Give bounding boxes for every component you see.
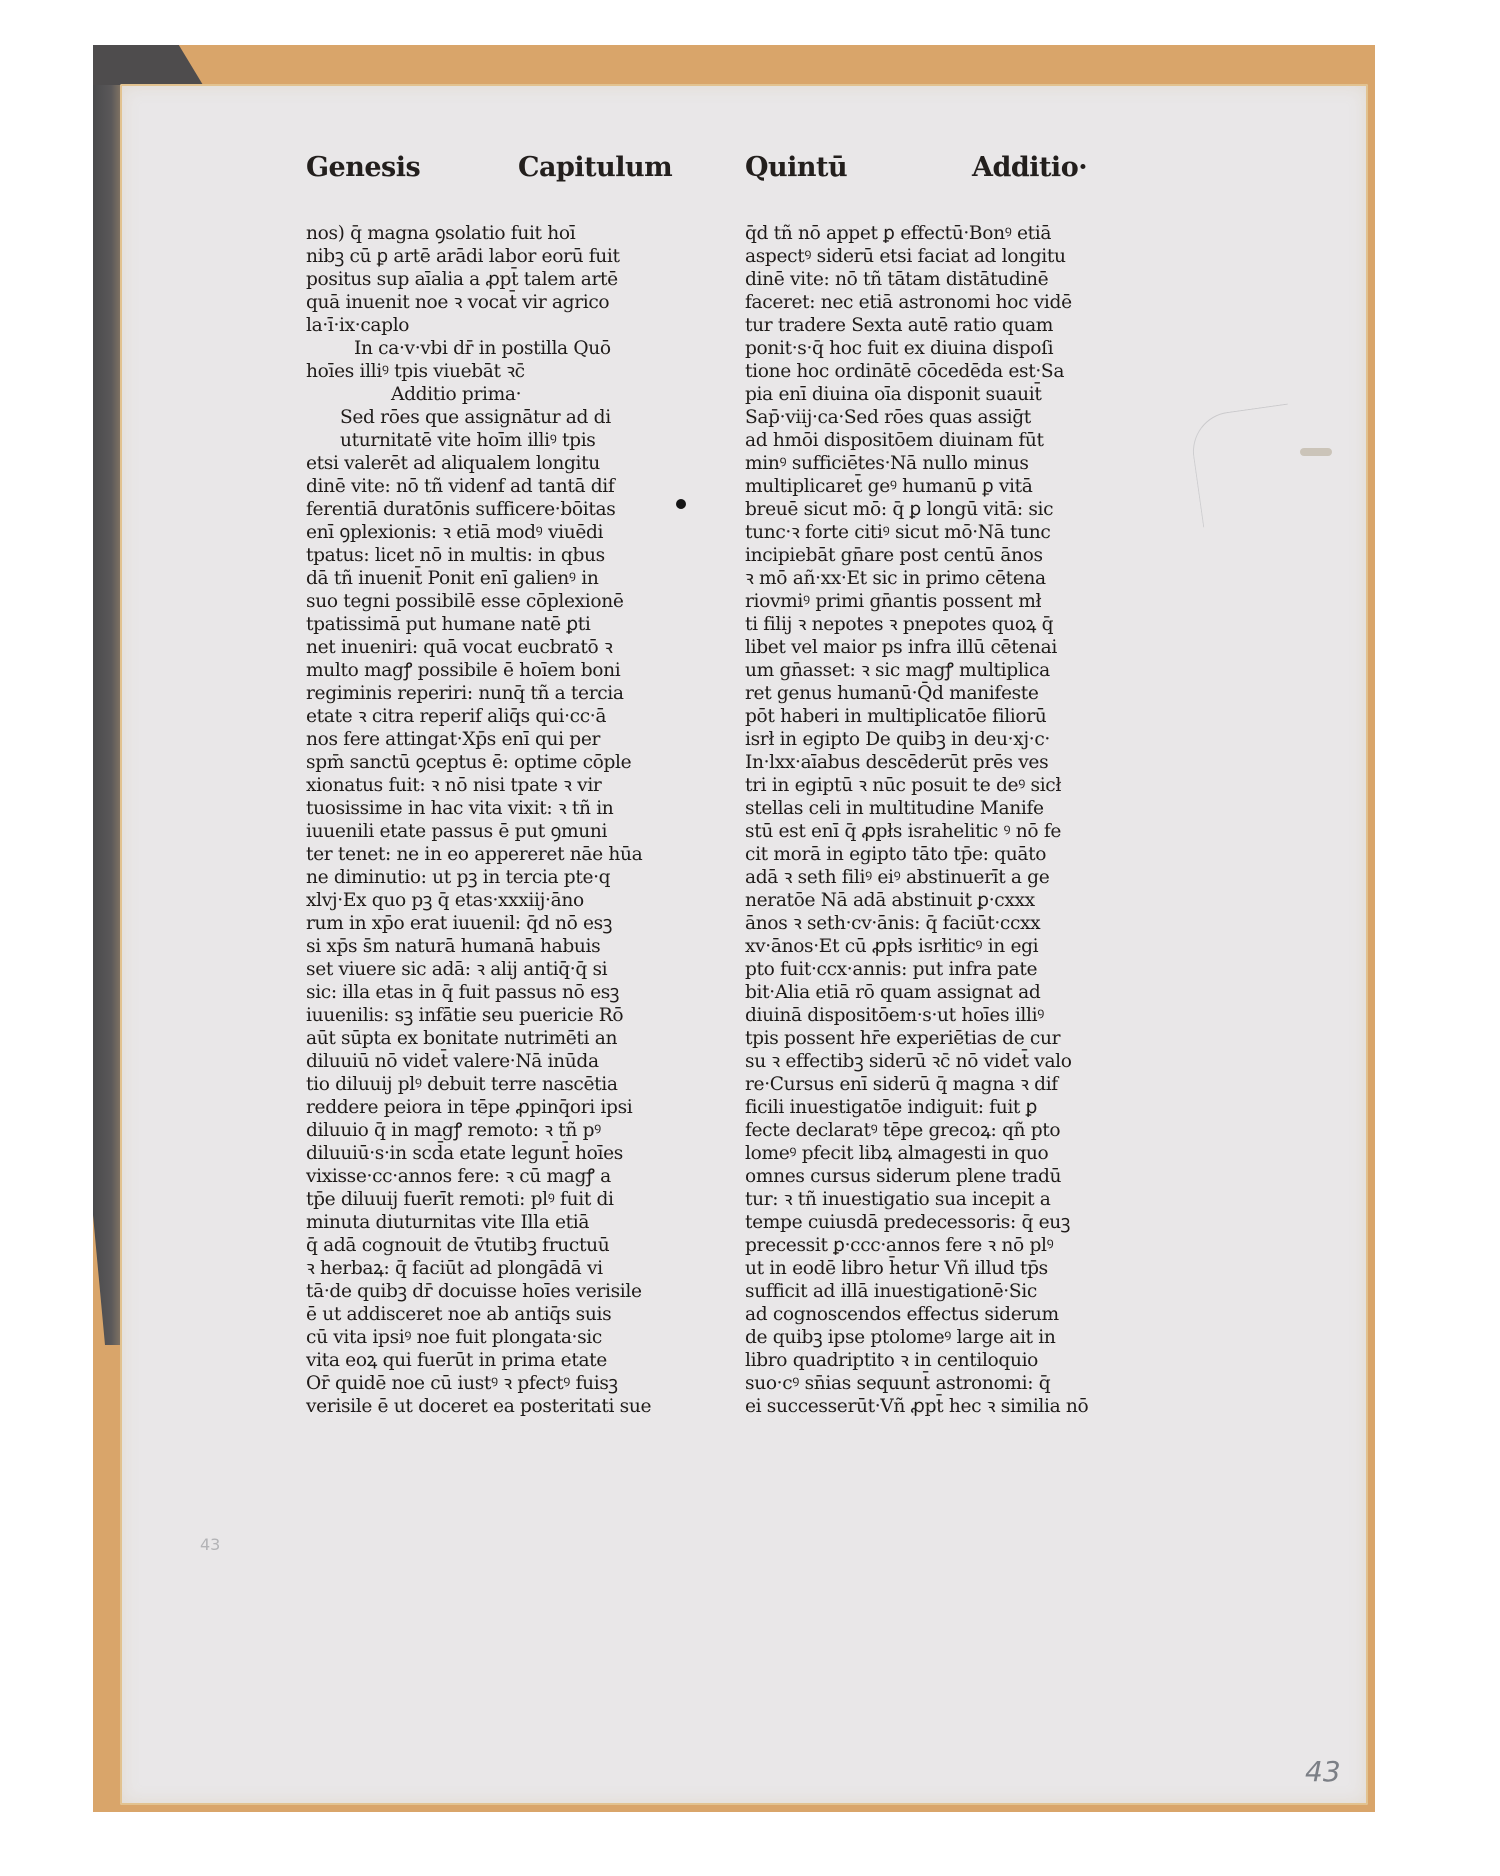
paper-stain bbox=[1300, 448, 1332, 456]
pencil-note: 43 bbox=[200, 1535, 220, 1554]
text-line: libro quadriptito ꝛ in centiloquio bbox=[745, 1349, 1095, 1372]
text-line: tp̄e diluuij fuerīt remoti: plꝰ fuit di bbox=[306, 1188, 666, 1211]
text-line: ferentiā duratōnis sufficere·bōitas bbox=[306, 498, 666, 521]
text-line: tpatissimā put humane natē ꝑti bbox=[306, 613, 666, 636]
text-line: ter tenet: ne in eo appereret nāe hūa bbox=[306, 843, 666, 866]
running-head-book: Genesis bbox=[306, 152, 420, 183]
text-line: tuosissime in hac vita vixit: ꝛ tñ in bbox=[306, 797, 666, 820]
text-line: faceret: nec etiā astronomi hoc vidē bbox=[745, 291, 1095, 314]
text-line: ficili inuestigatōe indiguit: fuit ꝑ bbox=[745, 1096, 1095, 1119]
text-line: q̄ adā cognouit de v̄tutibꝫ fructuū bbox=[306, 1234, 666, 1257]
text-line: suo·cꝰ sn̄ias sequunt̄ astronomi: q̄ bbox=[745, 1372, 1095, 1395]
text-line: ad cognoscendos effectus siderum bbox=[745, 1303, 1095, 1326]
text-line: omnes cursus siderum plene tradū bbox=[745, 1165, 1095, 1188]
text-line: quā inuenit noe ꝛ vocat̄ vir agrico bbox=[306, 291, 666, 314]
text-line: dinē vite: nō tñ videnf ad tantā dif bbox=[306, 475, 666, 498]
text-line: Sap̄·viij·ca·Sed rōes quas assiḡt bbox=[745, 406, 1095, 429]
text-line: xionatus fuit: ꝛ nō nisi tpate ꝛ vir bbox=[306, 774, 666, 797]
running-head-chapter-word: Capitulum bbox=[518, 152, 672, 183]
text-line: precessit ꝑ·ccc·annos fere ꝛ nō plꝰ bbox=[745, 1234, 1095, 1257]
text-line: In·lxx·aīabus descēderūt prēs ves bbox=[745, 751, 1095, 774]
text-line: tpatus: licet nō in multis: in qbus bbox=[306, 544, 666, 567]
text-line: tempe cuiusdā predecessoris: q̄ euꝫ bbox=[745, 1211, 1095, 1234]
text-line: um gn̄asset: ꝛ sic magꝭ multiplica bbox=[745, 659, 1095, 682]
text-line: minuta diuturnitas vite Illa etiā bbox=[306, 1211, 666, 1234]
text-line: Additio prima· bbox=[306, 383, 666, 406]
text-line: re·Cursus enī siderū q̄ magna ꝛ dif bbox=[745, 1073, 1095, 1096]
text-line: ne diminutio: ut pꝫ in tercia pte·q bbox=[306, 866, 666, 889]
text-line: lomeꝰ pfecit libꝝ almagesti in quo bbox=[745, 1142, 1095, 1165]
text-line: ei successerūt·Vñ ꝓpt̄ hec ꝛ similia nō bbox=[745, 1395, 1095, 1418]
binding-tape bbox=[93, 45, 123, 1345]
text-line: tur tradere Sexta autē ratio quam bbox=[745, 314, 1095, 337]
text-line: stū est enī q̄ ꝓpłs israhelitic ꝰ nō fe bbox=[745, 820, 1095, 843]
text-line: iuuenilis: sꝫ infātie seu puericie Rō bbox=[306, 1004, 666, 1027]
text-line: riovmiꝰ primi gn̄antis possent mł bbox=[745, 590, 1095, 613]
text-line: vita eoꝝ qui fuerūt in prima etate bbox=[306, 1349, 666, 1372]
text-line: bit·Alia etiā rō quam assignat ad bbox=[745, 981, 1095, 1004]
text-line: diluuiū nō videt̄ valere·Nā inūda bbox=[306, 1050, 666, 1073]
text-line: ponit·s·q̄ hoc fuit ex diuina dispoſi bbox=[745, 337, 1095, 360]
text-line: fecte declaratꝰ tēpe grecoꝝ: qñ pto bbox=[745, 1119, 1095, 1142]
text-line: tio diluuij plꝰ debuit terre nascētia bbox=[306, 1073, 666, 1096]
text-line: su ꝛ effectibꝫ siderū ꝛc̄ nō videt̄ valo bbox=[745, 1050, 1095, 1073]
text-line: iuuenili etate passus ē put ꝯmuni bbox=[306, 820, 666, 843]
text-line: Or̄ quidē noe cū iustꝰ ꝛ pfectꝰ fuisꝫ bbox=[306, 1372, 666, 1395]
text-line: suo tegni possibilē esse cōplexionē bbox=[306, 590, 666, 613]
text-line: stellas celi in multitudine Manife bbox=[745, 797, 1095, 820]
paper-crease bbox=[1188, 404, 1303, 528]
text-line: multo magꝭ possibile ē hoīem boni bbox=[306, 659, 666, 682]
text-line: xlvj·Ex quo pꝫ q̄ etas·xxxiij·āno bbox=[306, 889, 666, 912]
text-line: la·ī·ix·caplo bbox=[306, 314, 666, 337]
text-line: ti filij ꝛ nepotes ꝛ pnepotes quoꝝ q̄ bbox=[745, 613, 1095, 636]
text-line: nos) q̄ magna ꝯsolatio fuit hoī bbox=[306, 222, 666, 245]
text-line: dā tñ inuenit̄ Ponit enī galienꝰ in bbox=[306, 567, 666, 590]
text-line: net inueniri: quā vocat eucbratō ꝛ bbox=[306, 636, 666, 659]
text-line: incipiebāt gn̄are post centū ānos bbox=[745, 544, 1095, 567]
text-line: aūt sūpta ex bonitate nutrimēti an bbox=[306, 1027, 666, 1050]
text-line: reddere peiora in tēpe ꝓpinq̄ori ipsi bbox=[306, 1096, 666, 1119]
text-line: diluuio q̄ in magꝭ remoto: ꝛ tñ pꝰ bbox=[306, 1119, 666, 1142]
pencil-folio-number: 43 bbox=[1305, 1755, 1341, 1788]
text-line: diluuiū·s·in scd̄a etate legunt̄ hoīes bbox=[306, 1142, 666, 1165]
text-line: breuē sicut mō: q̄ ꝑ longū vitā: sic bbox=[745, 498, 1095, 521]
text-line: ad hmōi dispositōem diuinam fūt bbox=[745, 429, 1095, 452]
text-line: ut in eodē libro h̄etur Vñ illud tp̄s bbox=[745, 1257, 1095, 1280]
running-head-section: Additio· bbox=[972, 152, 1087, 183]
text-line: tpis possent hr̄e experiētias de cur bbox=[745, 1027, 1095, 1050]
text-line: pia enī diuina oīa disponit suauit̄ bbox=[745, 383, 1095, 406]
text-line: sic: illa etas in q̄ fuit passus nō esꝫ bbox=[306, 981, 666, 1004]
text-line: ꝛ herbaꝝ: q̄ faciūt ad plongādā vi bbox=[306, 1257, 666, 1280]
text-line: dinē vite: nō tñ tātam distātudinē bbox=[745, 268, 1095, 291]
text-line: Sed rōes que assignātur ad di bbox=[306, 406, 666, 429]
text-line: set viuere sic adā: ꝛ alij antiq̄·q̄ si bbox=[306, 958, 666, 981]
text-line: verisile ē ut doceret ea posteritati sue bbox=[306, 1395, 666, 1418]
text-line: positus sup aīalia a ꝓpt̄ talem artē bbox=[306, 268, 666, 291]
text-line: etsi valerēt ad aliqualem longitu bbox=[306, 452, 666, 475]
text-line: cū vita ipsiꝰ noe fuit plongata·sic bbox=[306, 1326, 666, 1349]
text-line: spm̄ sanctū ꝯceptus ē: optime cōple bbox=[306, 751, 666, 774]
running-head: Genesis Capitulum Quintū Additio· bbox=[0, 152, 1500, 192]
text-line: q̄d tñ nō appet ꝑ effectū·Bonꝰ etiā bbox=[745, 222, 1095, 245]
text-line: ānos ꝛ seth·cv·ānis: q̄ faciūt·ccxx bbox=[745, 912, 1095, 935]
text-line: multiplicaret̄ geꝰ humanū ꝑ vitā bbox=[745, 475, 1095, 498]
text-line: nibꝫ cū ꝑ artē arādi labor eorū fuit bbox=[306, 245, 666, 268]
text-line: etate ꝛ citra reperif aliq̄s qui·cc·ā bbox=[306, 705, 666, 728]
text-line: tione hoc ordinātē cōcedēda est·Sa bbox=[745, 360, 1095, 383]
text-line: nos fere attingat·Xp̄s enī qui per bbox=[306, 728, 666, 751]
running-head-chapter-number: Quintū bbox=[745, 152, 847, 183]
text-line: ret genus humanū·Q̄d manifeste bbox=[745, 682, 1095, 705]
text-line: rum in xp̄o erat iuuenil: q̄d nō esꝫ bbox=[306, 912, 666, 935]
left-text-column: nos) q̄ magna ꝯsolatio fuit hoīnibꝫ cū ꝑ… bbox=[306, 222, 666, 1418]
text-line: aspectꝰ siderū etsi faciat ad longitu bbox=[745, 245, 1095, 268]
text-line: xv·ānos·Et cū ꝓpłs isrłiticꝰ in egi bbox=[745, 935, 1095, 958]
text-line: diuinā dispositōem·s·ut hoīes illiꝰ bbox=[745, 1004, 1095, 1027]
text-line: neratōe Nā adā abstinuit ꝑ·cxxx bbox=[745, 889, 1095, 912]
text-line: tunc·ꝛ forte citiꝰ sicut mō·Nā tunc bbox=[745, 521, 1095, 544]
text-line: uturnitatē vite hoīm illiꝰ tpis bbox=[306, 429, 666, 452]
text-line: libet vel maior ps infra illū cētenai bbox=[745, 636, 1095, 659]
text-line: cit morā in egipto tāto tp̄e: quāto bbox=[745, 843, 1095, 866]
text-line: ē ut addisceret noe ab antiq̄s suis bbox=[306, 1303, 666, 1326]
text-line: hoīes illiꝰ tpis viuebāt ꝛc̄ bbox=[306, 360, 666, 383]
text-line: pōt haberi in multiplicatōe filiorū bbox=[745, 705, 1095, 728]
text-line: tri in egiptū ꝛ nūc posuit te deꝰ sicł bbox=[745, 774, 1095, 797]
text-line: tā·de quibꝫ dr̄ docuisse hoīes verisile bbox=[306, 1280, 666, 1303]
text-line: sufficit ad illā inuestigationē·Sic bbox=[745, 1280, 1095, 1303]
text-line: isrł in egipto De quibꝫ in deu·xj·c· bbox=[745, 728, 1095, 751]
right-text-column: q̄d tñ nō appet ꝑ effectū·Bonꝰ etiāaspec… bbox=[745, 222, 1095, 1418]
text-line: enī ꝯplexionis: ꝛ etiā modꝰ viuēdi bbox=[306, 521, 666, 544]
text-line: tur: ꝛ tñ inuestigatio sua incepit a bbox=[745, 1188, 1095, 1211]
text-line: minꝰ sufficiētes·Nā nullo minus bbox=[745, 452, 1095, 475]
text-line: si xp̄s s̄m naturā humanā habuis bbox=[306, 935, 666, 958]
text-line: regiminis reperiri: nunq̄ tñ a tercia bbox=[306, 682, 666, 705]
text-line: vixisse·cc·annos fere: ꝛ cū magꝭ a bbox=[306, 1165, 666, 1188]
text-line: de quibꝫ ipse ptolomeꝰ large ait in bbox=[745, 1326, 1095, 1349]
text-line: adā ꝛ seth filiꝰ eiꝰ abstinuerīt a ge bbox=[745, 866, 1095, 889]
text-line: pto fuit·ccx·annis: put infra pate bbox=[745, 958, 1095, 981]
text-line: ꝛ mō añ·xx·Et sic in primo cētena bbox=[745, 567, 1095, 590]
text-line: In ca·v·vbi dr̄ in postilla Quō bbox=[306, 337, 666, 360]
ink-dot bbox=[676, 499, 686, 509]
